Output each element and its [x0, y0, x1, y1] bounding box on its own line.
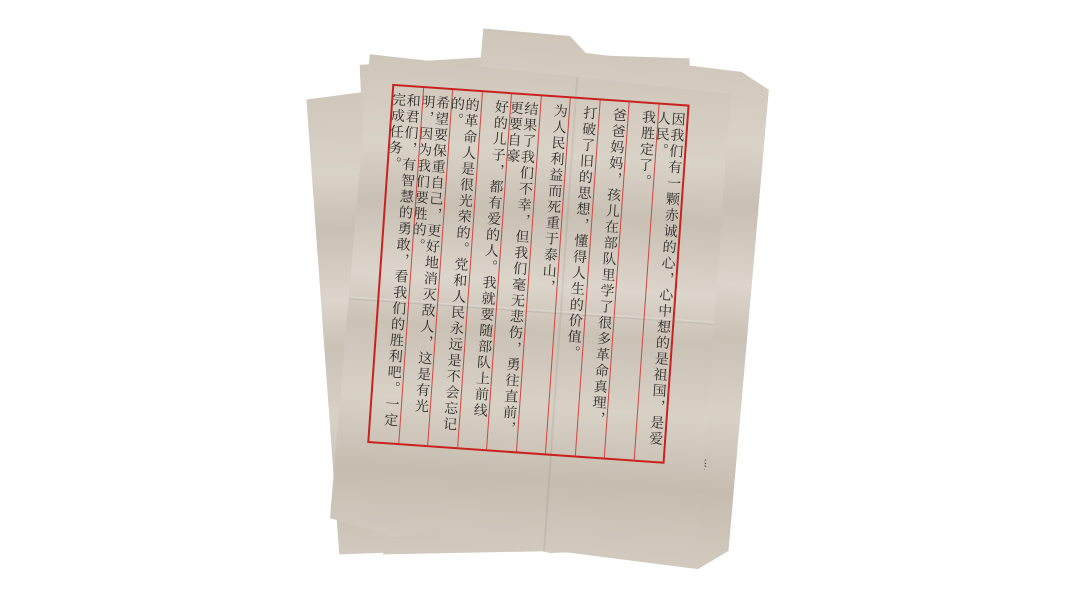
red-ruled-frame: 因我们有一颗赤诚的心，心中想的是祖国，是爱人民。 我胜定了。 爸爸妈妈，孩儿在部…: [367, 84, 689, 464]
letter-page-front: 因我们有一颗赤诚的心，心中想的是祖国，是爱人民。 我胜定了。 爸爸妈妈，孩儿在部…: [329, 54, 732, 564]
photo-stage: 泰 项 因我们有一颗赤诚的心，心中想的是祖国，是爱人民。 我胜定了。 爸爸妈妈，…: [0, 0, 1080, 605]
